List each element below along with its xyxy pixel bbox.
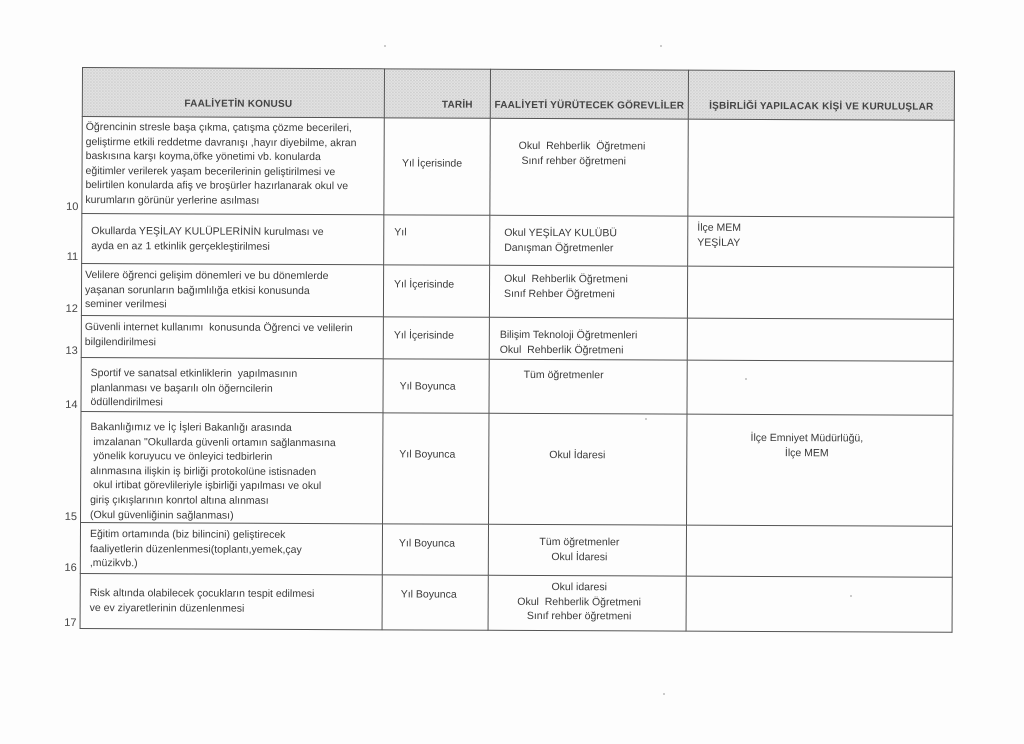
cell-subject-line: Velilere öğrenci gelişim dönemleri ve bu… [85,268,379,284]
cell-subject-line: giriş çıkışlarının konrtol altına alınma… [90,493,378,509]
cell-date-text: Yıl Boyunca [399,537,484,552]
cell-staff-line: Sınıf rehber öğretmeni [519,153,684,168]
table-row: Bakanlığımız ve İç İşleri Bakanlığı aras… [81,411,953,526]
cell-staff-line: Okul idaresi [493,580,666,595]
cell-subject: Bakanlığımız ve İç İşleri Bakanlığı aras… [81,411,383,523]
row-number: 13 [58,344,78,359]
cell-staff-line: Danışman Öğretmenler [504,240,683,255]
row-number: 10 [58,200,78,215]
cell-subject-line: Sportif ve sanatsal etkinliklerin yapılm… [91,366,379,382]
cell-staff-line: Okul Rehberlik Öğretmeni [500,342,683,357]
cell-partners: İlçe MEMYEŞİLAY [688,216,954,267]
cell-subject-line: Okullarda YEŞİLAY KULÜPLERİNİN kurulması… [91,224,379,240]
cell-subject: Velilere öğrenci gelişim dönemleri ve bu… [81,264,383,317]
table-row: Sportif ve sanatsal etkinliklerin yapılm… [81,357,953,415]
cell-subject-line: yaşanan sorunların bağımlılığa etkisi ko… [85,283,379,299]
cell-staff-line: Sınıf Rehber Öğretmeni [504,286,683,301]
header-subject: FAALİYETİN KONUSU [82,68,384,118]
cell-partners [687,266,953,319]
cell-staff: Okul Rehberlik Öğretmeni Sınıf rehber öğ… [490,118,688,216]
cell-date: Yıl Boyunca [383,359,489,413]
cell-date-text: Yıl Boyunca [399,447,484,462]
scan-speck [663,693,665,695]
cell-staff-line: Okul YEŞİLAY KULÜBÜ [504,226,683,241]
cell-date-text: Yıl İçerisinde [389,156,476,171]
cell-subject-line: planlanması ve başarılı oln öğerncilerin [91,381,379,397]
cell-subject-line: ödüllendirilmesi [91,395,379,411]
cell-staff-line: Okul Rehberlik Öğretmeni [519,139,684,154]
row-number: 12 [58,302,78,317]
cell-partners [688,119,954,217]
cell-date-text: Yıl İçerisinde [394,277,485,292]
cell-subject-line: Eğitim ortamında (biz bilincini) gelişti… [90,527,378,543]
table-row: Öğrencinin stresle başa çıkma, çatışma ç… [82,117,954,218]
cell-date: Yıl Boyunca [382,575,488,630]
cell-partners [687,360,953,415]
cell-subject-line: imzalanan "Okullarda güvenli ortamın sağ… [90,435,378,451]
cell-subject: Okullarda YEŞİLAY KULÜPLERİNİN kurulması… [82,214,384,265]
row-number: 17 [57,615,77,630]
cell-staff: Okul idaresiOkul Rehberlik ÖğretmeniSını… [488,575,686,631]
cell-staff: Okul Rehberlik ÖğretmeniSınıf Rehber Öğr… [489,265,687,318]
cell-subject-line: seminer verilmesi [85,297,379,313]
table-body: Öğrencinin stresle başa çıkma, çatışma ç… [80,117,954,633]
cell-partners [687,318,953,361]
scan-speck [384,45,386,47]
cell-subject-line: kurumların görünür yerlerine asılması [85,193,379,209]
cell-subject-line: (Okul güvenliğinin sağlanması) [90,508,378,524]
scan-speck [645,418,647,420]
cell-staff-line: Tüm öğretmenler [493,535,666,550]
cell-date-text: Yıl İçerisinde [394,328,485,343]
cell-subject: Risk altında olabilecek çocukların tespi… [80,574,382,630]
cell-partners-line: İlçe MEM [697,221,949,237]
cell-staff: Tüm öğretmenler [489,359,687,414]
cell-partners [686,576,952,632]
cell-staff: Bilişim Teknoloji ÖğretmenleriOkul Rehbe… [489,317,687,360]
row-number: 14 [57,398,77,413]
cell-staff-line: Okul İdaresi [549,448,682,463]
cell-subject-line: Bakanlığımız ve İç İşleri Bakanlığı aras… [90,420,378,436]
cell-subject-line: okul irtibat görevlileriyle işbirliği ya… [90,478,378,494]
cell-staff-line: Okul İdaresi [493,550,666,565]
table-row: Güvenli internet kullanımı konusunda Öğr… [81,315,953,361]
cell-subject-line: ,müzikvb.) [90,556,378,572]
table-row: Velilere öğrenci gelişim dönemleri ve bu… [81,264,953,320]
cell-subject: Sportif ve sanatsal etkinliklerin yapılm… [81,357,383,412]
cell-date: Yıl Boyunca [382,524,488,575]
cell-partners-line: İlçe Emniyet Müdürlüğü, [691,431,922,447]
cell-staff-line: Tüm öğretmenler [524,368,683,383]
header-date: TARİH [384,69,490,118]
table-row: Risk altında olabilecek çocukların tespi… [80,574,952,633]
row-number: 16 [57,560,77,575]
cell-staff-line: Okul Rehberlik Öğretmeni [493,595,666,610]
cell-subject-line: ayda en az 1 etkinlik gerçekleştirilmesi [91,239,379,255]
cell-date: Yıl İçerisinde [383,265,489,317]
cell-date: Yıl İçerisinde [384,118,490,215]
activity-plan-table: FAALİYETİN KONUSU TARİH FAALİYETİ YÜRÜTE… [80,67,955,633]
cell-subject-line: eğitimler verilerek yaşam becerilerinin … [86,164,380,180]
cell-subject-line: Öğrencinin stresle başa çıkma, çatışma ç… [86,120,380,136]
table-header-row: FAALİYETİN KONUSU TARİH FAALİYETİ YÜRÜTE… [82,68,954,121]
table-row: Eğitim ortamında (biz bilincini) gelişti… [80,523,952,578]
cell-subject: Öğrencinin stresle başa çıkma, çatışma ç… [82,117,384,215]
cell-date-text: Yıl [394,225,485,240]
header-partners: İŞBİRLİĞİ YAPILACAK KİŞİ VE KURULUŞLAR [688,70,954,120]
cell-subject-line: Güvenli internet kullanımı konusunda Öğr… [85,320,379,336]
row-number: 11 [58,250,78,265]
cell-staff: Tüm öğretmenlerOkul İdaresi [488,524,686,576]
cell-subject-line: bilgilendirilmesi [85,335,379,351]
cell-subject-line: faaliyetlerin düzenlenmesi(toplantı,yeme… [90,542,378,558]
scanned-page: FAALİYETİN KONUSU TARİH FAALİYETİ YÜRÜTE… [0,0,1024,744]
cell-staff: Okul YEŞİLAY KULÜBÜDanışman Öğretmenler [490,215,688,266]
cell-partners-line: YEŞİLAY [697,235,949,251]
cell-subject-line: geliştirme etkili reddetme davranışı ,ha… [86,135,380,151]
header-staff: FAALİYETİ YÜRÜTECEK GÖREVLİLER [490,69,688,119]
cell-date: Yıl [384,215,490,265]
cell-staff-line: Okul Rehberlik Öğretmeni [504,272,683,287]
cell-partners: İlçe Emniyet Müdürlüğü,İlçe MEM [687,414,953,526]
scan-speck [660,45,662,47]
table-row: Okullarda YEŞİLAY KULÜPLERİNİN kurulması… [82,214,954,268]
scan-speck [850,595,852,597]
cell-date: Yıl Boyunca [383,413,489,525]
cell-subject-line: Risk altında olabilecek çocukların tespi… [90,586,378,602]
cell-staff: Okul İdaresi [489,413,687,525]
cell-subject-line: baskısına karşı koyma,öfke yönetimi vb. … [86,149,380,165]
cell-date: Yıl İçerisinde [383,317,489,359]
cell-staff-line: Bilişim Teknoloji Öğretmenleri [500,328,683,343]
cell-date-text: Yıl Boyunca [400,379,485,394]
cell-date-text: Yıl Boyunca [401,588,484,603]
cell-subject: Eğitim ortamında (biz bilincini) gelişti… [80,523,382,575]
cell-subject: Güvenli internet kullanımı konusunda Öğr… [81,315,383,358]
cell-subject-line: belirtilen konularda afiş ve broşürler h… [85,178,379,194]
cell-subject-line: alınmasına ilişkin iş birliği protokolün… [90,464,378,480]
cell-subject-line: yönelik koruyucu ve önleyici tedbirlerin [90,449,378,465]
cell-staff-line: Sınıf rehber öğretmeni [493,609,666,624]
cell-subject-line: ve ev ziyaretlerinin düzenlenmesi [90,601,378,617]
cell-partners-line: İlçe MEM [691,445,922,461]
cell-partners [686,525,952,577]
row-number: 15 [57,509,77,524]
scan-speck [745,378,747,380]
